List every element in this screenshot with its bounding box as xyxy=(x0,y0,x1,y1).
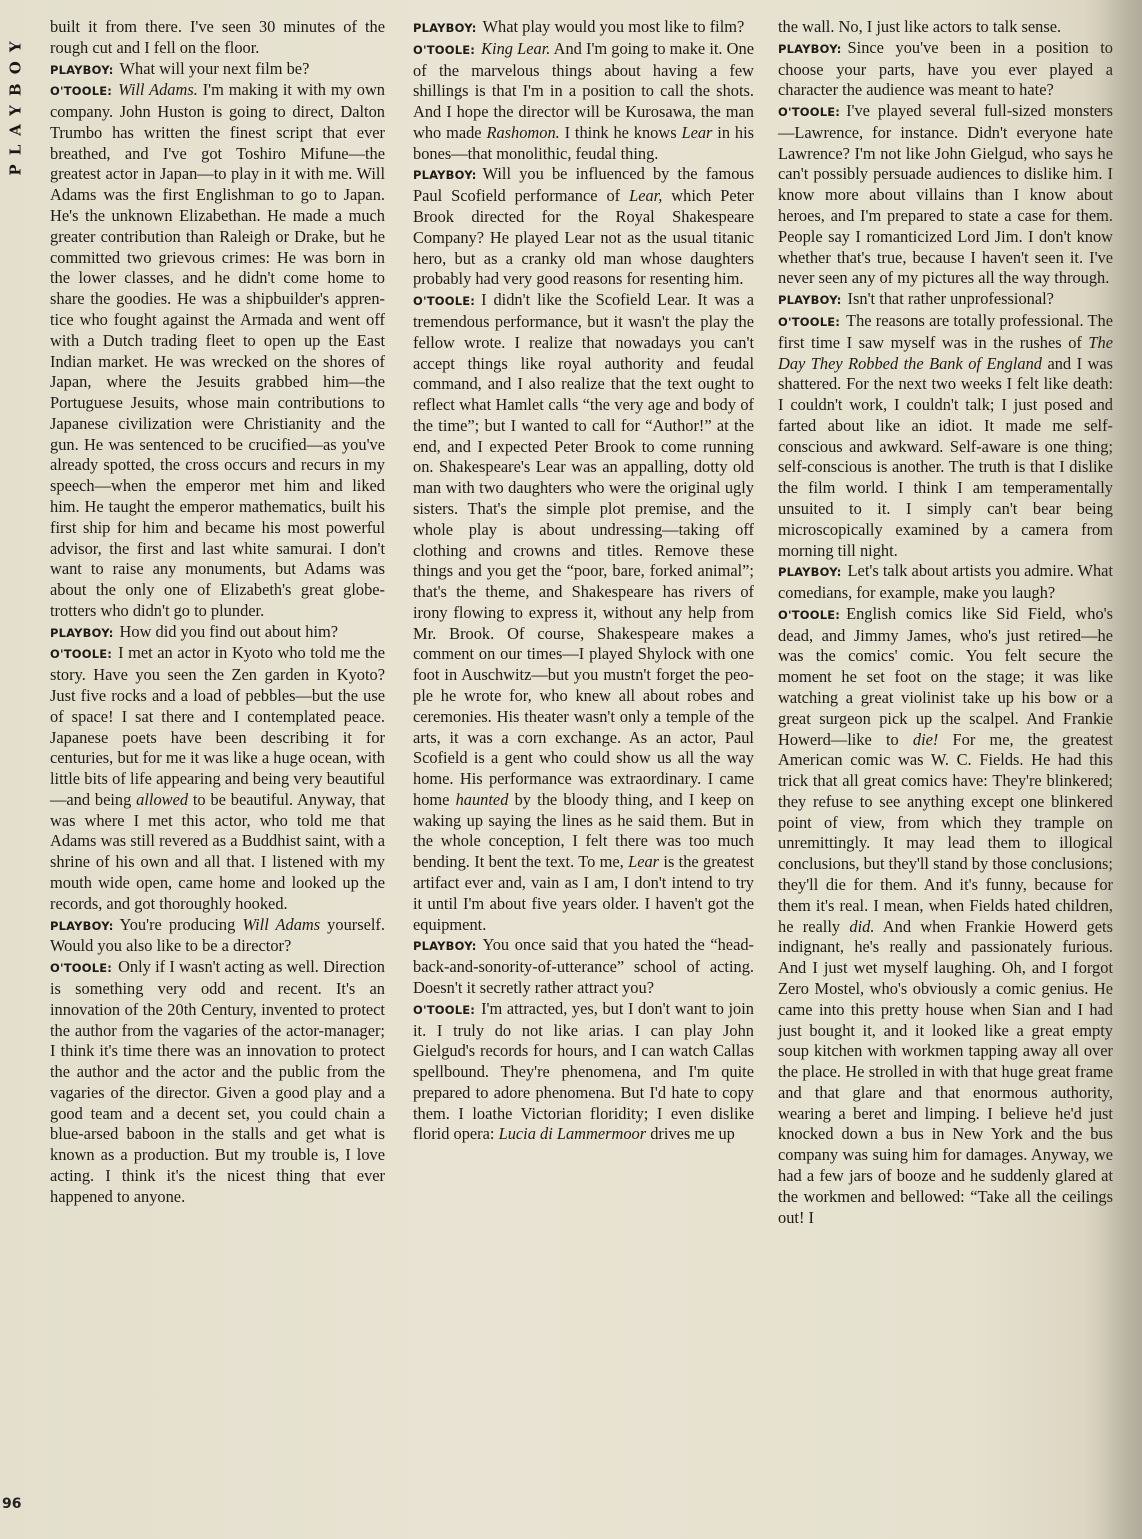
speaker-label: PLAYBOY: xyxy=(413,21,477,35)
italic-title-text: Will Adams xyxy=(242,915,320,934)
speaker-label: O'TOOLE: xyxy=(413,294,475,308)
italic-title-text: Will Adams. xyxy=(118,80,198,99)
speaker-label: O'TOOLE: xyxy=(413,43,475,57)
body-text: and I was shattered. For the next two we… xyxy=(778,354,1113,560)
italic-title-text: Lear, xyxy=(629,186,662,205)
question-paragraph: PLAYBOY:Will you be influenced by the fa… xyxy=(413,164,754,290)
body-text: English comics like Sid Field, who's dea… xyxy=(778,604,1113,749)
speaker-label: O'TOOLE: xyxy=(50,961,112,975)
question-paragraph: PLAYBOY:Let's talk about artists you adm… xyxy=(778,561,1113,604)
continued-paragraph: built it from there. I've seen 30 minute… xyxy=(50,17,385,59)
speaker-label: PLAYBOY: xyxy=(50,63,114,77)
text-column-3: the wall. No, I just like actors to talk… xyxy=(778,17,1113,1228)
speaker-label: O'TOOLE: xyxy=(778,315,840,329)
italic-title-text: haunted xyxy=(456,790,509,809)
body-text: How did you find out about him? xyxy=(120,622,339,641)
answer-paragraph: O'TOOLE:Only if I wasn't acting as well.… xyxy=(50,957,385,1207)
body-text: For me, the greatest American comic was … xyxy=(778,730,1113,936)
answer-paragraph: O'TOOLE:I met an actor in Kyoto who told… xyxy=(50,643,385,914)
speaker-label: PLAYBOY: xyxy=(50,626,114,640)
body-text: I'm making it with my own company. John … xyxy=(50,80,385,620)
speaker-label: PLAYBOY: xyxy=(50,919,114,933)
body-text: What play would you most like to film? xyxy=(483,17,745,36)
body-text: drives me up xyxy=(646,1124,735,1143)
answer-paragraph: O'TOOLE:Will Adams. I'm making it with m… xyxy=(50,80,385,621)
text-column-2: PLAYBOY:What play would you most like to… xyxy=(413,17,754,1145)
body-text: And when Frankie Howerd gets indignant, … xyxy=(778,917,1113,1227)
body-text: I met an actor in Kyoto who told me the … xyxy=(50,643,385,808)
magazine-page: PLAYBOY built it from there. I've seen 3… xyxy=(0,0,1142,1539)
italic-title-text: Lear xyxy=(628,852,659,871)
italic-title-text: Lucia di Lammermoor xyxy=(499,1124,647,1143)
body-text: built it from there. I've seen 30 minute… xyxy=(50,17,385,57)
answer-paragraph: O'TOOLE:I didn't like the Scofield Lear.… xyxy=(413,290,754,935)
continued-paragraph: the wall. No, I just like actors to talk… xyxy=(778,17,1113,38)
question-paragraph: PLAYBOY:You're producing Will Adams your… xyxy=(50,915,385,958)
body-text: Isn't that rather unprofessional? xyxy=(848,289,1054,308)
body-text: Only if I wasn't acting as well. Directi… xyxy=(50,957,385,1206)
answer-paragraph: O'TOOLE:King Lear. And I'm going to make… xyxy=(413,39,754,165)
question-paragraph: PLAYBOY:Isn't that rather unprofessional… xyxy=(778,289,1113,311)
speaker-label: PLAYBOY: xyxy=(413,168,477,182)
body-text: I'm attracted, yes, but I don't want to … xyxy=(413,999,754,1144)
body-text: What will your next film be? xyxy=(120,59,310,78)
italic-title-text: King Lear. xyxy=(481,39,550,58)
running-head: PLAYBOY xyxy=(4,14,28,194)
body-text: I didn't like the Scofield Lear. It was … xyxy=(413,290,754,809)
speaker-label: PLAYBOY: xyxy=(778,42,842,56)
answer-paragraph: O'TOOLE:The reasons are totally profes­s… xyxy=(778,311,1113,561)
speaker-label: O'TOOLE: xyxy=(778,105,840,119)
italic-title-text: Lear xyxy=(681,123,712,142)
page-number: 96 xyxy=(2,1496,21,1512)
answer-paragraph: O'TOOLE:English comics like Sid Field, w… xyxy=(778,604,1113,1228)
question-paragraph: PLAYBOY:What play would you most like to… xyxy=(413,17,754,39)
speaker-label: PLAYBOY: xyxy=(778,565,842,579)
running-head-text: PLAYBOY xyxy=(7,32,25,175)
body-text: the wall. No, I just like actors to talk… xyxy=(778,17,1061,36)
question-paragraph: PLAYBOY:What will your next film be? xyxy=(50,59,385,81)
body-text: I've played several full-sized monsters—… xyxy=(778,101,1113,287)
question-paragraph: PLAYBOY:You once said that you hated the… xyxy=(413,935,754,998)
italic-title-text: did. xyxy=(849,917,874,936)
speaker-label: PLAYBOY: xyxy=(413,939,477,953)
italic-title-text: Rashomon. xyxy=(486,123,559,142)
italic-title-text: allowed xyxy=(136,790,188,809)
speaker-label: O'TOOLE: xyxy=(413,1003,475,1017)
question-paragraph: PLAYBOY:Since you've been in a posi­tion… xyxy=(778,38,1113,101)
body-text: I think he knows xyxy=(560,123,682,142)
speaker-label: O'TOOLE: xyxy=(50,84,112,98)
body-text: You're producing xyxy=(120,915,243,934)
answer-paragraph: O'TOOLE:I'm attracted, yes, but I don't … xyxy=(413,999,754,1145)
speaker-label: PLAYBOY: xyxy=(778,293,842,307)
italic-title-text: die! xyxy=(913,730,938,749)
text-column-1: built it from there. I've seen 30 minute… xyxy=(50,17,385,1208)
speaker-label: O'TOOLE: xyxy=(778,608,840,622)
answer-paragraph: O'TOOLE:I've played several full-sized m… xyxy=(778,101,1113,289)
speaker-label: O'TOOLE: xyxy=(50,647,112,661)
question-paragraph: PLAYBOY:How did you find out about him? xyxy=(50,622,385,644)
